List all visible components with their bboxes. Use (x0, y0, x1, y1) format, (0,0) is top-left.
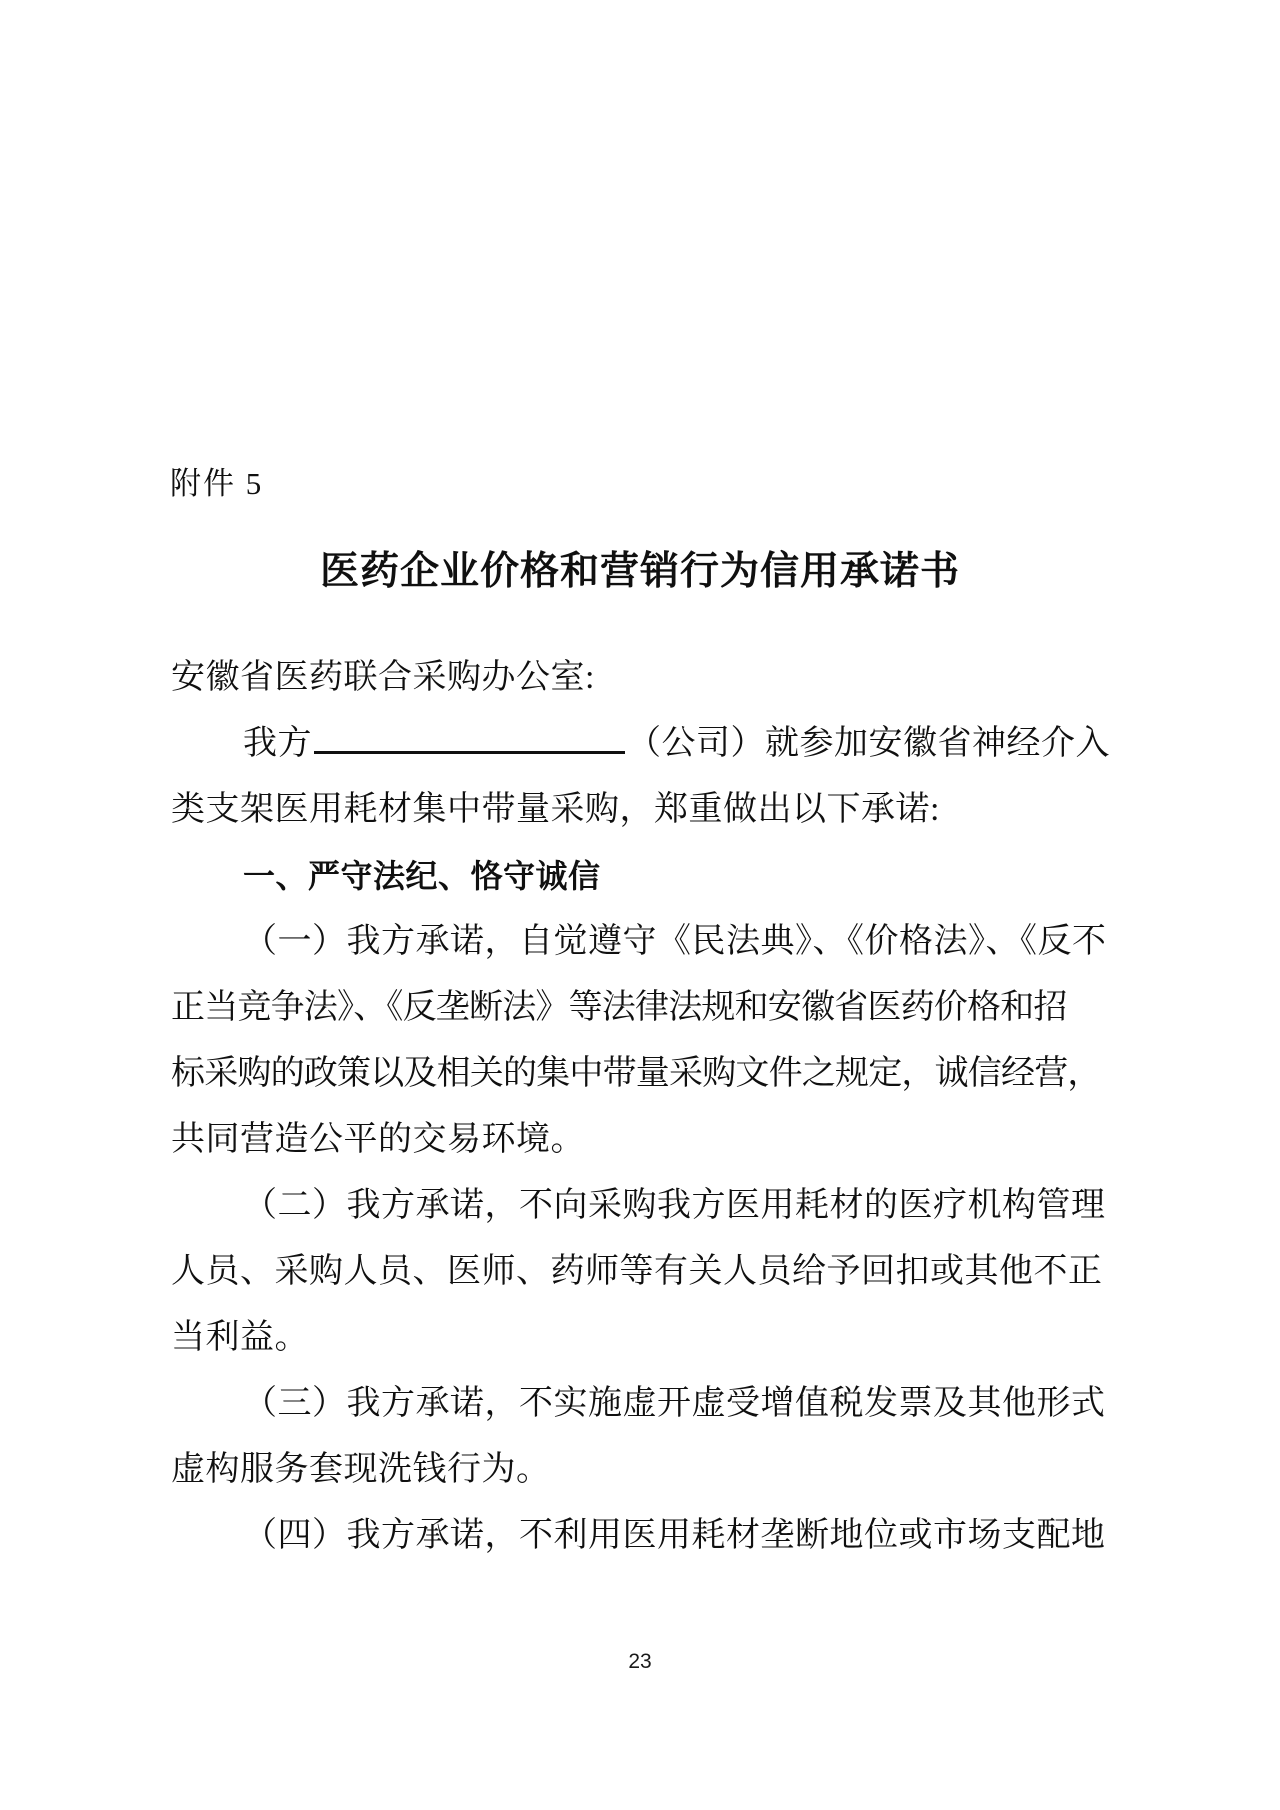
section-1-heading: 一、严守法纪、恪守诚信 (171, 843, 1111, 909)
clause-2-line-3: 当利益。 (171, 1305, 1111, 1371)
clause-4-line-1: （四）我方承诺，不利用医用耗材垄断地位或市场支配地 (171, 1503, 1111, 1569)
clause-1-line-4: 共同营造公平的交易环境。 (171, 1107, 1111, 1173)
opening-wrap-line: 类支架医用耗材集中带量采购，郑重做出以下承诺: (171, 777, 1111, 843)
clause-3-line-1: （三）我方承诺，不实施虚开虚受增值税发票及其他形式 (171, 1371, 1111, 1437)
clause-2-line-1: （二）我方承诺，不向采购我方医用耗材的医疗机构管理 (171, 1173, 1111, 1239)
document-body: 安徽省医药联合采购办公室: 我方（公司）就参加安徽省神经介入 类支架医用耗材集中… (171, 645, 1111, 1569)
salutation-line: 安徽省医药联合采购办公室: (171, 645, 1111, 711)
opening-line: 我方（公司）就参加安徽省神经介入 (171, 711, 1111, 777)
clause-1-line-1: （一）我方承诺，自觉遵守《民法典》、《价格法》、《反不 (171, 909, 1111, 975)
clause-3-line-2: 虚构服务套现洗钱行为。 (171, 1437, 1111, 1503)
company-name-blank-field (314, 711, 625, 754)
opening-prefix: 我方 (243, 725, 312, 762)
attachment-label: 附件 5 (170, 464, 263, 504)
document-title: 医药企业价格和营销行为信用承诺书 (0, 550, 1280, 594)
clause-2-line-2: 人员、采购人员、医师、药师等有关人员给予回扣或其他不正 (171, 1239, 1111, 1305)
page-number: 23 (0, 1650, 1280, 1674)
clause-1-line-2: 正当竞争法》、《反垄断法》等法律法规和安徽省医药价格和招 (171, 975, 1111, 1041)
opening-suffix: （公司）就参加安徽省神经介入 (627, 725, 1110, 762)
clause-1-line-3: 标采购的政策以及相关的集中带量采购文件之规定，诚信经营， (171, 1041, 1111, 1107)
document-page: 附件 5 医药企业价格和营销行为信用承诺书 安徽省医药联合采购办公室: 我方（公… (0, 0, 1280, 1810)
